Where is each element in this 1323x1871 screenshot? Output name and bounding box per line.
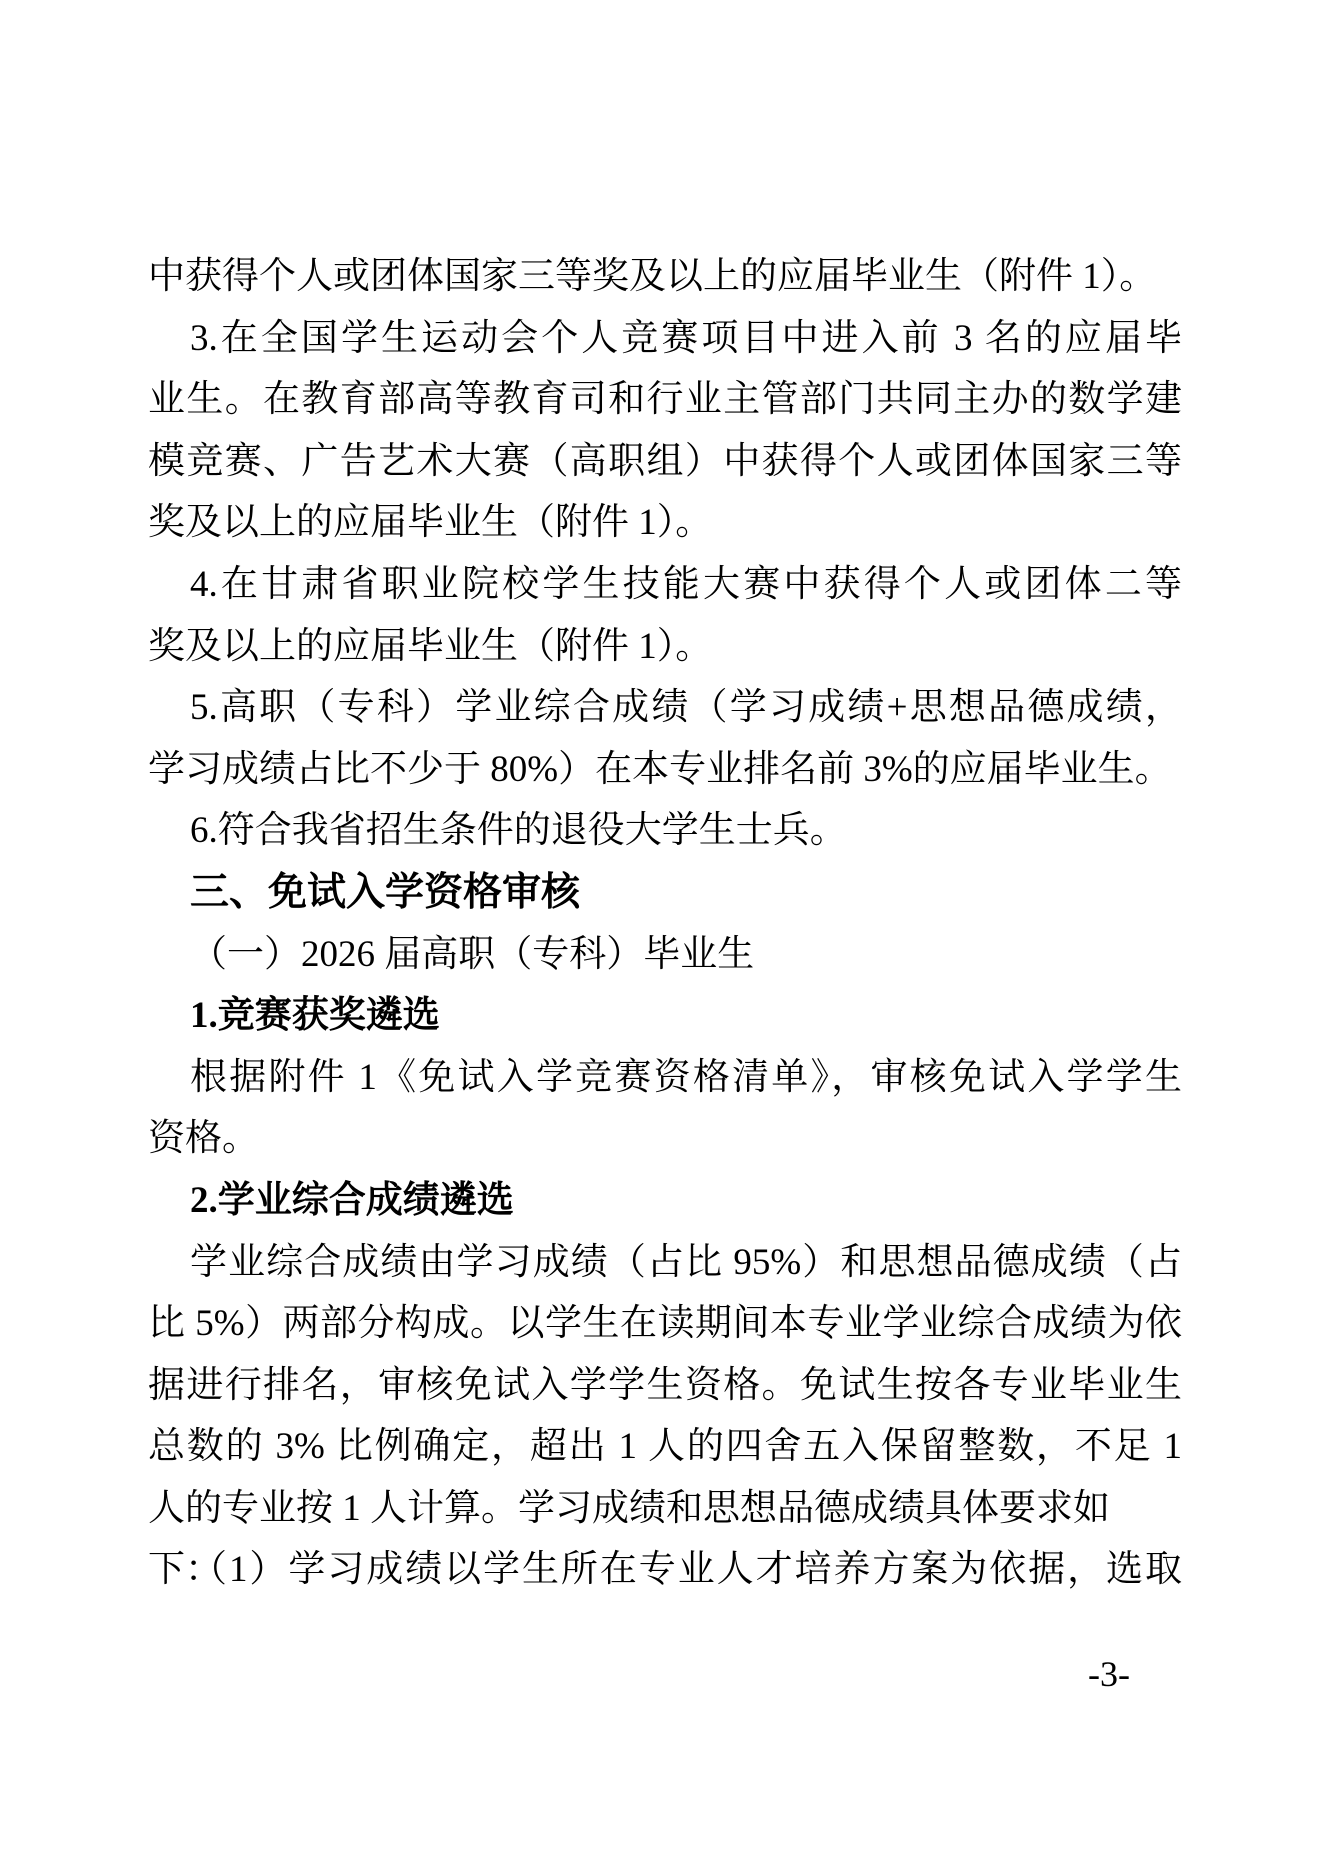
body-line: 业生。在教育部高等教育司和行业主管部门共同主办的数学建 [148, 369, 1182, 431]
body-line: 人的专业按 1 人计算。学习成绩和思想品德成绩具体要求如下： [148, 1478, 1182, 1540]
body-line: 资格。 [148, 1108, 1182, 1170]
body-line: 据进行排名，审核免试入学学生资格。免试生按各专业毕业生 [148, 1355, 1182, 1417]
subsection-heading-1: （一）2026 届高职（专科）毕业生 [148, 924, 1182, 986]
body-line: 学业综合成绩由学习成绩（占比 95%）和思想品德成绩（占 [148, 1232, 1182, 1294]
page-number: -3- [1088, 1648, 1130, 1700]
body-line: （1）学习成绩以学生所在专业人才培养方案为依据，选取 [148, 1539, 1182, 1601]
document-page: 中获得个人或团体国家三等奖及以上的应届毕业生（附件 1）。3.在全国学生运动会个… [0, 0, 1323, 1871]
document-body: 中获得个人或团体国家三等奖及以上的应届毕业生（附件 1）。3.在全国学生运动会个… [148, 246, 1182, 1601]
body-line: 4.在甘肃省职业院校学生技能大赛中获得个人或团体二等 [148, 554, 1182, 616]
body-line: 比 5%）两部分构成。以学生在读期间本专业学业综合成绩为依 [148, 1293, 1182, 1355]
body-line: 6.符合我省招生条件的退役大学生士兵。 [148, 800, 1182, 862]
body-line: 3.在全国学生运动会个人竞赛项目中进入前 3 名的应届毕 [148, 308, 1182, 370]
body-line: 根据附件 1《免试入学竞赛资格清单》，审核免试入学学生 [148, 1047, 1182, 1109]
body-line: 5.高职（专科）学业综合成绩（学习成绩+思想品德成绩， [148, 677, 1182, 739]
item-heading-2: 2.学业综合成绩遴选 [148, 1170, 1182, 1232]
item-heading-1: 1.竞赛获奖遴选 [148, 985, 1182, 1047]
body-line: 模竞赛、广告艺术大赛（高职组）中获得个人或团体国家三等 [148, 431, 1182, 493]
body-line: 中获得个人或团体国家三等奖及以上的应届毕业生（附件 1）。 [148, 246, 1182, 308]
body-line: 奖及以上的应届毕业生（附件 1）。 [148, 492, 1182, 554]
body-line: 奖及以上的应届毕业生（附件 1）。 [148, 616, 1182, 678]
body-line: 总数的 3% 比例确定，超出 1 人的四舍五入保留整数，不足 1 [148, 1416, 1182, 1478]
body-line: 学习成绩占比不少于 80%）在本专业排名前 3%的应届毕业生。 [148, 739, 1182, 801]
section-heading-3: 三、免试入学资格审核 [148, 862, 1182, 924]
